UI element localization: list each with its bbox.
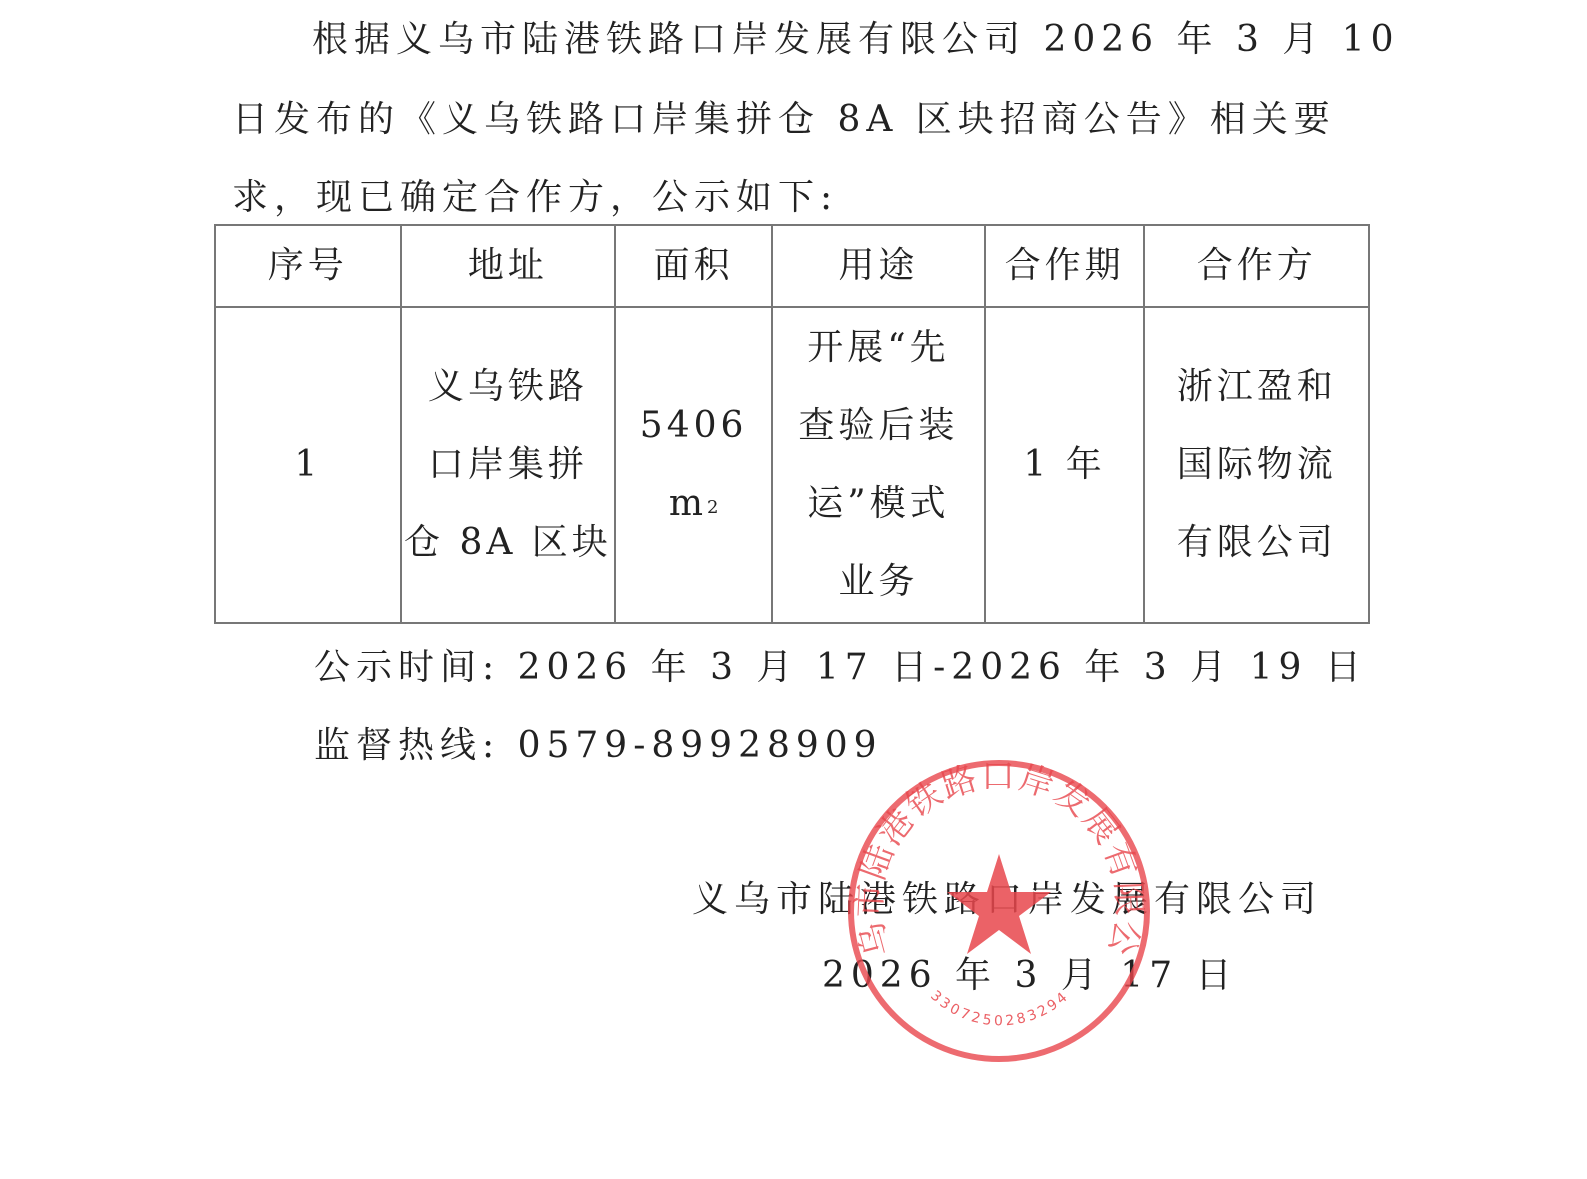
- partner-line: 国际物流: [1145, 426, 1368, 504]
- address-line: 口岸集拼: [402, 426, 615, 504]
- table-row: 1 义乌铁路 口岸集拼 仓 8A 区块 5406 m2 开展“先 查验后装 运”…: [215, 307, 1369, 623]
- header-partner: 合作方: [1144, 225, 1369, 307]
- paragraph-line-3: 求，现已确定合作方，公示如下:: [232, 176, 838, 220]
- area-value: 5406: [616, 387, 771, 465]
- usage-line: 业务: [773, 543, 984, 621]
- company-seal-icon: 义乌市陆港铁路口岸发展有限公司 3307250283294: [845, 758, 1153, 1064]
- address-line: 仓 8A 区块: [402, 504, 615, 582]
- partner-line: 有限公司: [1145, 504, 1368, 582]
- cooperation-table: 序号 地址 面积 用途 合作期 合作方 1 义乌铁路 口岸集拼 仓 8A 区块 …: [214, 224, 1370, 624]
- paragraph-line-2: 日发布的《义乌铁路口岸集拼仓 8A 区块招商公告》相关要: [232, 98, 1336, 142]
- header-area: 面积: [615, 225, 772, 307]
- cell-usage: 开展“先 查验后装 运”模式 业务: [772, 307, 985, 623]
- address-line: 义乌铁路: [402, 348, 615, 426]
- header-address: 地址: [401, 225, 616, 307]
- cell-area: 5406 m2: [615, 307, 772, 623]
- seal-code: 3307250283294: [927, 988, 1073, 1030]
- header-usage: 用途: [772, 225, 985, 307]
- supervision-hotline: 监督热线: 0579-89928909: [314, 724, 883, 768]
- cell-partner: 浙江盈和 国际物流 有限公司: [1144, 307, 1369, 623]
- usage-line: 查验后装: [773, 387, 984, 465]
- usage-line: 运”模式: [773, 465, 984, 543]
- area-unit: m: [669, 483, 707, 524]
- publicity-time: 公示时间: 2026 年 3 月 17 日-2026 年 3 月 19 日: [314, 646, 1367, 690]
- partner-line: 浙江盈和: [1145, 348, 1368, 426]
- paragraph-line-1: 根据义乌市陆港铁路口岸发展有限公司 2026 年 3 月 10: [312, 18, 1400, 62]
- cell-address: 义乌铁路 口岸集拼 仓 8A 区块: [401, 307, 616, 623]
- area-unit-superscript: 2: [707, 497, 718, 518]
- header-period: 合作期: [985, 225, 1145, 307]
- area-unit-wrap: m2: [616, 465, 771, 543]
- cell-period: 1 年: [985, 307, 1145, 623]
- table-header-row: 序号 地址 面积 用途 合作期 合作方: [215, 225, 1369, 307]
- usage-line: 开展“先: [773, 309, 984, 387]
- header-index: 序号: [215, 225, 401, 307]
- svg-text:3307250283294: 3307250283294: [927, 988, 1073, 1030]
- cell-index: 1: [215, 307, 401, 623]
